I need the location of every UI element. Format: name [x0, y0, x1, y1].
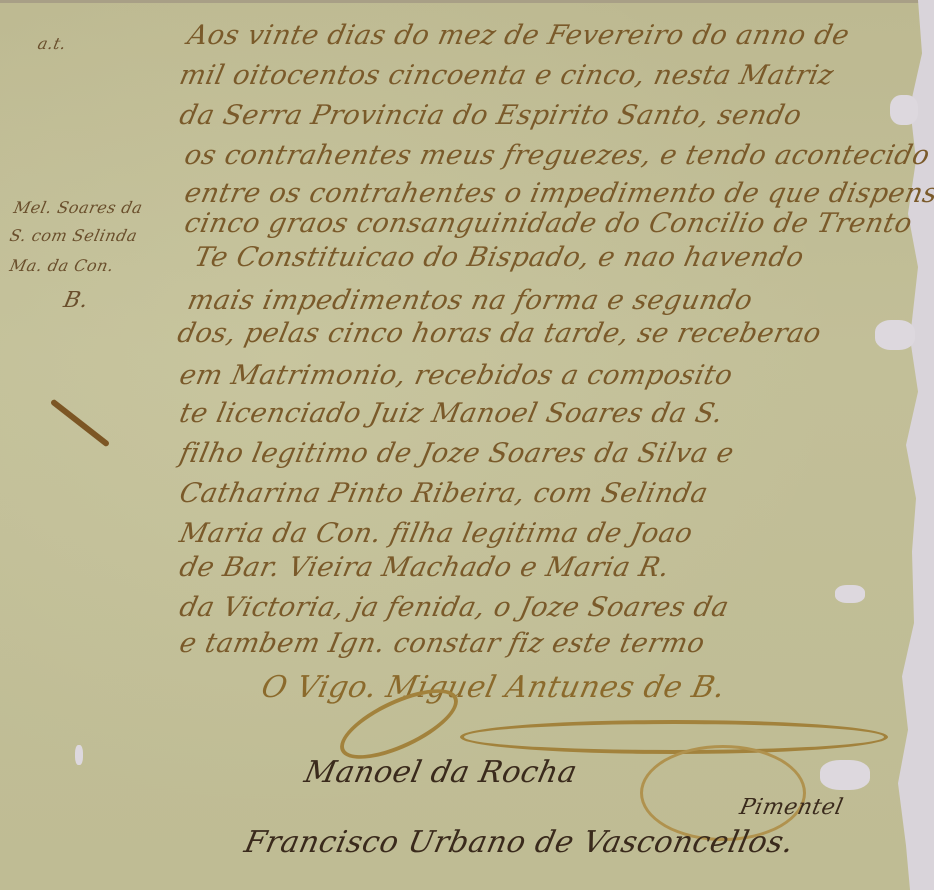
text-line: em Matrimonio, recebidos a composito: [177, 360, 736, 391]
text-line: Te Constituicao do Bispado, e nao havend…: [192, 242, 807, 273]
text-line: entre os contrahentes o impedimento de q…: [182, 178, 934, 209]
text-line: te licenciado Juiz Manoel Soares da S.: [177, 398, 726, 429]
torn-right-edge: [894, 0, 934, 890]
text-line: mais impedimentos na forma e segundo: [185, 285, 756, 316]
paper-damage: [820, 760, 870, 790]
paper-damage: [890, 95, 918, 125]
text-line: da Serra Provincia do Espirito Santo, se…: [177, 100, 805, 131]
witness-signature: Francisco Urbano de Vasconcellos.: [241, 825, 797, 860]
text-line: da Victoria, ja fenida, o Joze Soares da: [177, 592, 732, 623]
text-line: e tambem Ign. constar fiz este termo: [177, 628, 708, 659]
manuscript-page: a.t. Mel. Soares da S. com Selinda Ma. d…: [0, 0, 934, 890]
text-line: os contrahentes meus freguezes, e tendo …: [182, 140, 933, 171]
text-line: mil oitocentos cincoenta e cinco, nesta …: [177, 60, 837, 91]
margin-note: Mel. Soares da: [12, 198, 145, 217]
text-line: filho legitimo de Joze Soares da Silva e: [177, 438, 737, 469]
corner-mark: a.t.: [36, 34, 68, 53]
text-line: Maria da Con. filha legitima de Joao: [177, 518, 696, 549]
text-line: cinco graos consanguinidade do Concilio …: [182, 208, 915, 239]
text-line: de Bar. Vieira Machado e Maria R.: [177, 552, 673, 583]
paper-damage: [875, 320, 915, 350]
ink-blot: [50, 398, 110, 447]
margin-note: B.: [61, 288, 90, 313]
margin-note: S. com Selinda: [8, 226, 139, 245]
witness-signature: Manoel da Rocha: [301, 755, 580, 790]
priest-signature: O Vigo. Miguel Antunes de B.: [258, 670, 728, 705]
text-line: dos, pelas cinco horas da tarde, se rece…: [175, 318, 824, 349]
signature-flourish: [460, 720, 888, 754]
text-line: Catharina Pinto Ribeira, com Selinda: [177, 478, 711, 509]
text-line: Aos vinte dias do mez de Fevereiro do an…: [185, 20, 853, 51]
witness-signature-suffix: Pimentel: [737, 795, 845, 820]
top-edge: [0, 0, 934, 3]
paper-damage: [835, 585, 865, 603]
paper-damage: [75, 745, 83, 765]
margin-note: Ma. da Con.: [8, 256, 116, 275]
